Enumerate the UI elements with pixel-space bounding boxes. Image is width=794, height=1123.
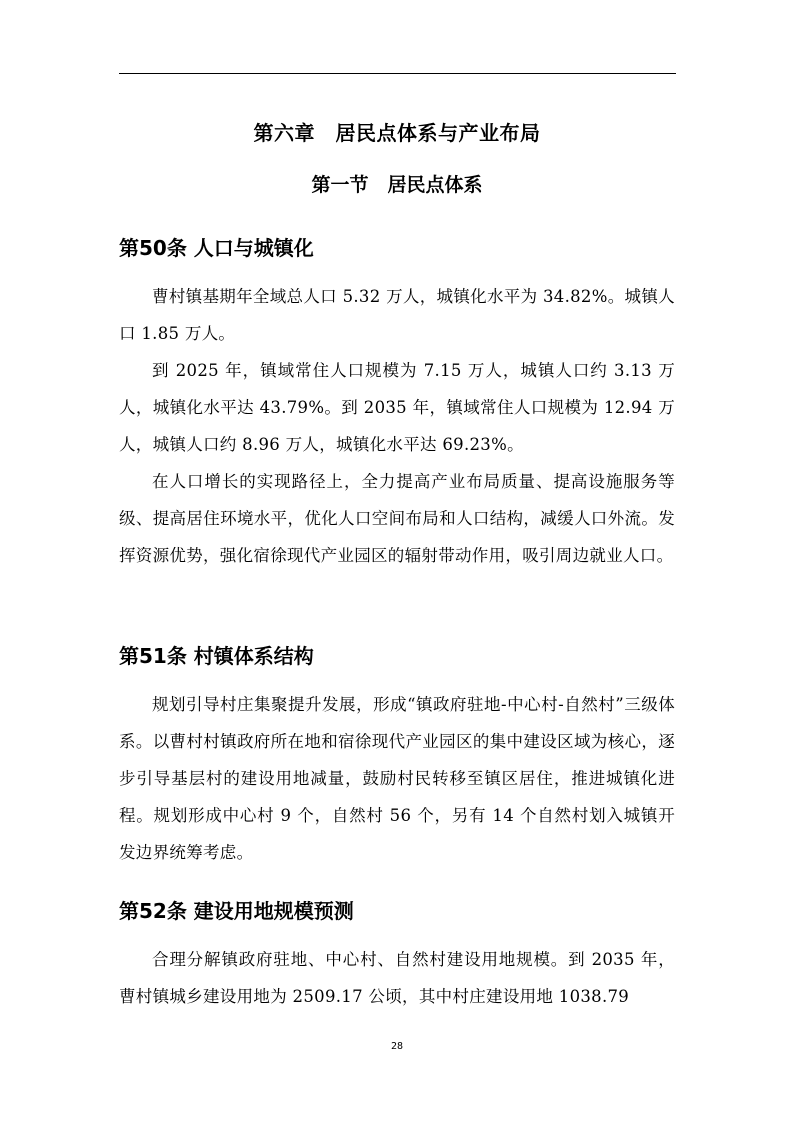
paragraph: 规划引导村庄集聚提升发展，形成“镇政府驻地-中心村-自然村”三级体系。以曹村村镇… — [119, 686, 675, 871]
paragraph: 合理分解镇政府驻地、中心村、自然村建设用地规模。到 2035 年，曹村镇城乡建设… — [119, 941, 675, 1015]
section-title: 第一节 居民点体系 — [0, 170, 794, 197]
article-heading-51: 第51条 村镇体系结构 — [119, 640, 314, 669]
paragraph: 曹村镇基期年全域总人口 5.32 万人，城镇化水平为 34.82%。城镇人口 1… — [119, 278, 675, 352]
header-rule — [119, 73, 676, 74]
page-number: 28 — [0, 1041, 794, 1052]
paragraph: 在人口增长的实现路径上，全力提高产业布局质量、提高设施服务等级、提高居住环境水平… — [119, 463, 675, 574]
paragraph: 到 2025 年，镇域常住人口规模为 7.15 万人，城镇人口约 3.13 万人… — [119, 352, 675, 463]
chapter-title: 第六章 居民点体系与产业布局 — [0, 117, 794, 146]
article-heading-50: 第50条 人口与城镇化 — [119, 232, 314, 261]
article-heading-52: 第52条 建设用地规模预测 — [119, 895, 354, 924]
